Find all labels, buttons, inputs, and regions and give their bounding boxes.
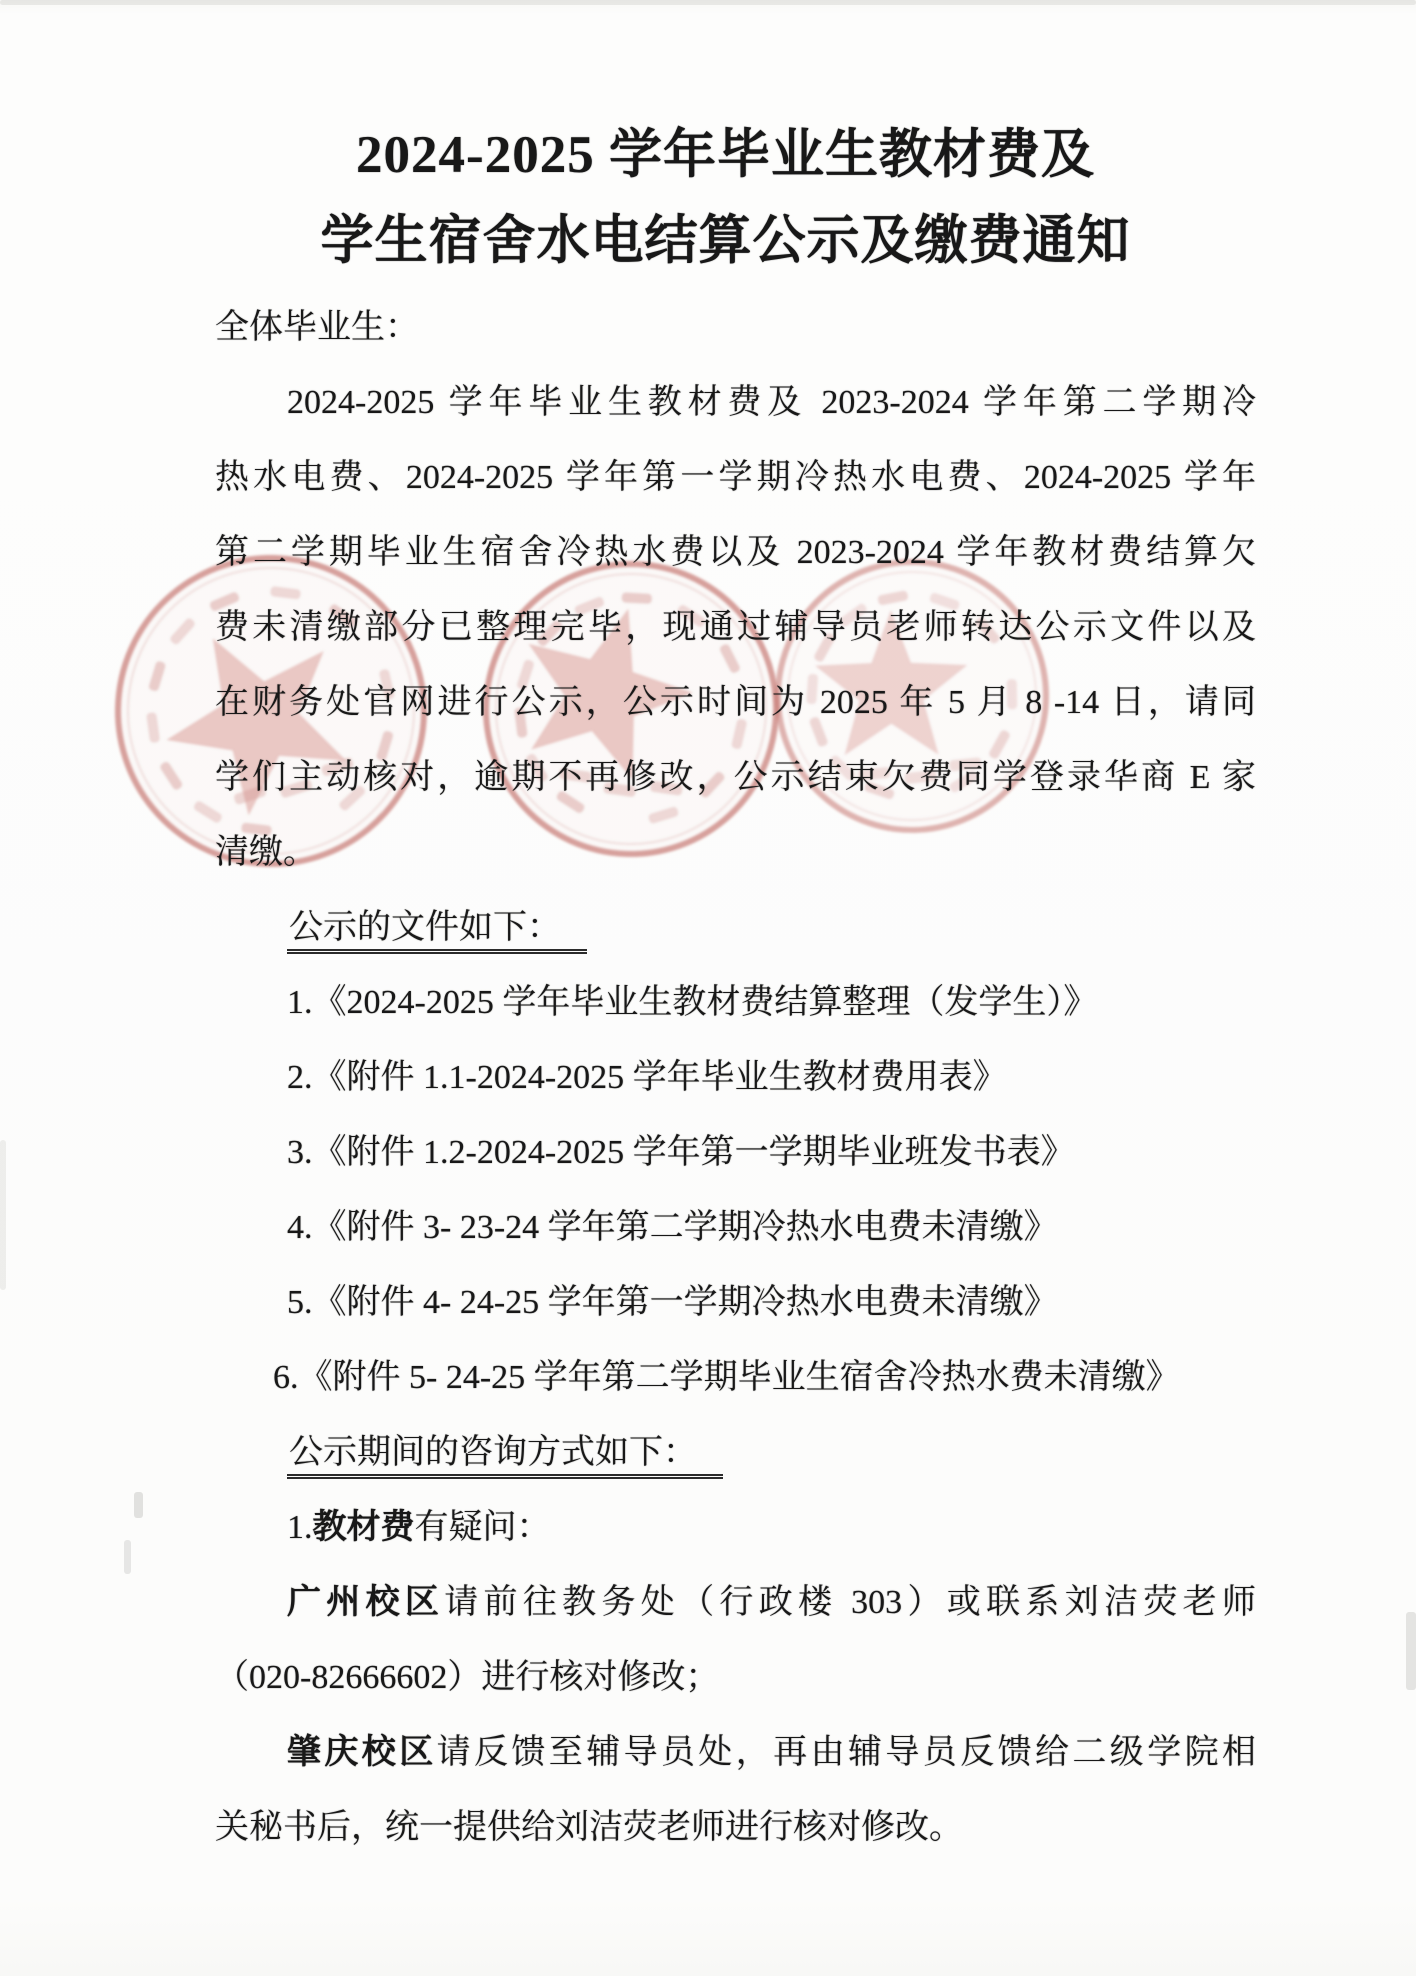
paragraph-line: 2024-2025 学年毕业生教材费及 2023-2024 学年第二学期冷 [215, 365, 1256, 440]
notice-body: 2024-2025 学年毕业生教材费及 学生宿舍水电结算公示及缴费通知 全体毕业… [215, 0, 1256, 1865]
file-item: 2.《附件 1.1-2024-2025 学年毕业生教材费用表》 [215, 1040, 1256, 1115]
zhaoqing-campus-line: 肇庆校区请反馈至辅导员处，再由辅导员反馈给二级学院相 [215, 1715, 1256, 1790]
notice-title: 2024-2025 学年毕业生教材费及 学生宿舍水电结算公示及缴费通知 [205, 112, 1246, 284]
textbook-fee-term: 教材费 [313, 1509, 415, 1546]
files-heading-row: 公示的文件如下： [215, 890, 1256, 965]
zhaoqing-campus-term: 肇庆校区 [287, 1734, 437, 1771]
zhaoqing-instruction: 请反馈至辅导员处，再由辅导员反馈给二级学院相 [437, 1734, 1256, 1771]
list-number: 1. [287, 1509, 313, 1546]
zhaoqing-continuation-line: 关秘书后，统一提供给刘洁荧老师进行核对修改。 [215, 1790, 1256, 1865]
file-item: 4.《附件 3- 23-24 学年第二学期冷热水电费未清缴》 [215, 1190, 1256, 1265]
guangzhou-instruction: 请前往教务处（行政楼 303）或联系刘洁荧老师 [444, 1584, 1256, 1621]
file-item: 6.《附件 5- 24-25 学年第二学期毕业生宿舍冷热水费未清缴》 [215, 1340, 1256, 1415]
file-item: 1.《2024-2025 学年毕业生教材费结算整理（发学生）》 [215, 965, 1256, 1040]
paragraph-line: 在财务处官网进行公示，公示时间为 2025 年 5 月 8 -14 日，请同 [215, 665, 1256, 740]
file-item: 5.《附件 4- 24-25 学年第一学期冷热水电费未清缴》 [215, 1265, 1256, 1340]
consult-heading-row: 公示期间的咨询方式如下： [215, 1415, 1256, 1490]
paragraph-line: 费未清缴部分已整理完毕，现通过辅导员老师转达公示文件以及 [215, 590, 1256, 665]
paragraph-line: 学们主动核对，逾期不再修改，公示结束欠费同学登录华商 E 家 [215, 740, 1256, 815]
scan-smudge [124, 1540, 131, 1574]
scanned-notice-page: 2024-2025 学年毕业生教材费及 学生宿舍水电结算公示及缴费通知 全体毕业… [0, 0, 1416, 1976]
paragraph-line: 热水电费、2024-2025 学年第一学期冷热水电费、2024-2025 学年 [215, 440, 1256, 515]
scan-smudge [134, 1492, 143, 1518]
guangzhou-campus-line: 广州校区请前往教务处（行政楼 303）或联系刘洁荧老师 [215, 1565, 1256, 1640]
consult-question-1: 1.教材费有疑问： [215, 1490, 1256, 1565]
file-item: 3.《附件 1.2-2024-2025 学年第一学期毕业班发书表》 [215, 1115, 1256, 1190]
scan-smudge [1406, 1612, 1416, 1690]
paragraph-line: 清缴。 [215, 815, 1256, 890]
paragraph-line: 第二学期毕业生宿舍冷热水费以及 2023-2024 学年教材费结算欠 [215, 515, 1256, 590]
title-line-1: 2024-2025 学年毕业生教材费及 [205, 112, 1246, 198]
guangzhou-campus-term: 广州校区 [287, 1584, 444, 1621]
guangzhou-phone-line: （020-82666602）进行核对修改； [215, 1640, 1256, 1715]
salutation: 全体毕业生： [215, 290, 1256, 365]
scan-smudge [0, 1140, 6, 1290]
files-heading: 公示的文件如下： [287, 909, 587, 954]
consult-heading: 公示期间的咨询方式如下： [287, 1434, 723, 1479]
title-line-2: 学生宿舍水电结算公示及缴费通知 [205, 198, 1246, 284]
question-text: 有疑问： [415, 1509, 551, 1546]
